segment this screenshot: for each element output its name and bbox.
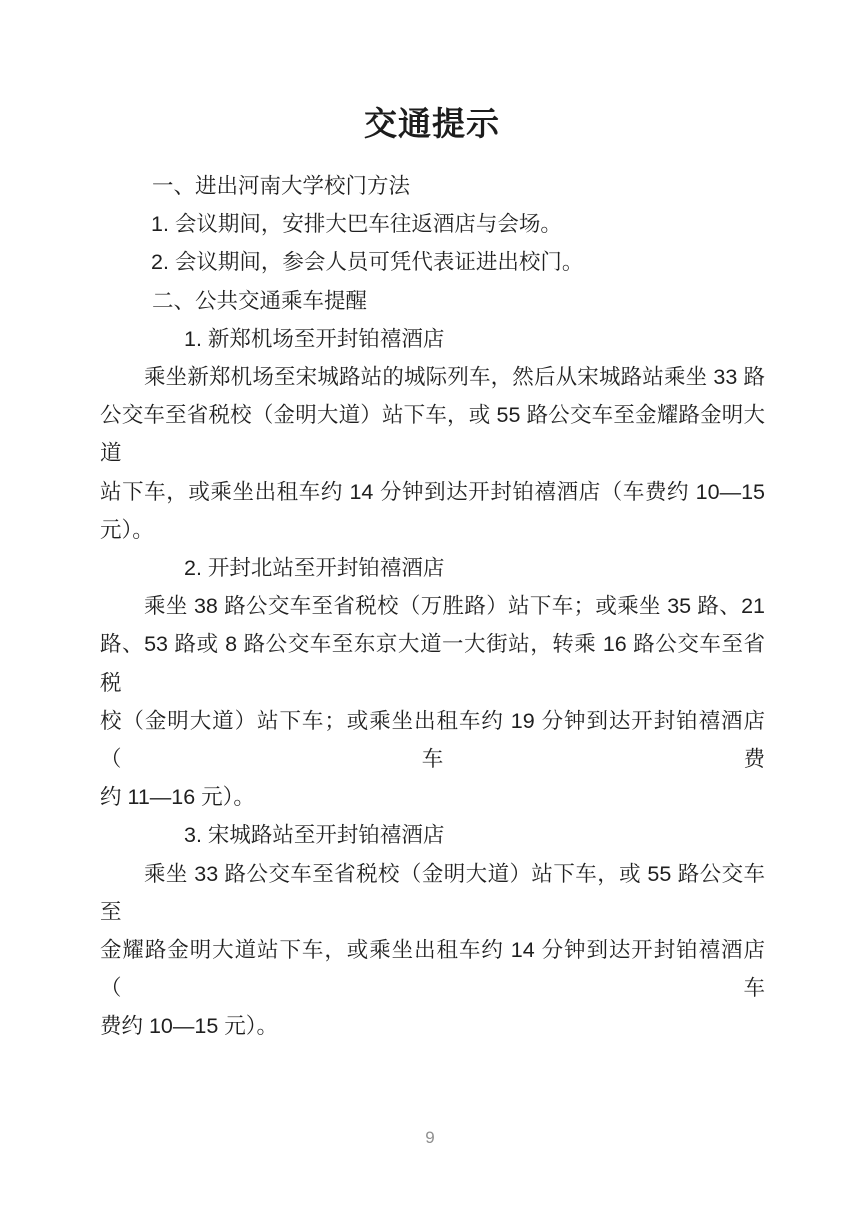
text-line: 乘坐新郑机场至宋城路站的城际列车，然后从宋城路站乘坐 33 路 bbox=[100, 358, 765, 396]
text-line: 校（金明大道）站下车；或乘坐出租车约 19 分钟到达开封铂禧酒店（车费 bbox=[100, 702, 765, 778]
text-line: 2. 会议期间，参会人员可凭代表证进出校门。 bbox=[100, 243, 765, 281]
text-line: 1. 新郑机场至开封铂禧酒店 bbox=[100, 320, 765, 358]
text-line: 费约 10—15 元）。 bbox=[100, 1007, 765, 1045]
text-line: 二、公共交通乘车提醒 bbox=[100, 282, 765, 320]
text-line: 站下车，或乘坐出租车约 14 分钟到达开封铂禧酒店（车费约 10—15 bbox=[100, 473, 765, 511]
text-line: 元）。 bbox=[100, 511, 765, 549]
text-line: 1. 会议期间，安排大巴车往返酒店与会场。 bbox=[100, 205, 765, 243]
text-line: 金耀路金明大道站下车，或乘坐出租车约 14 分钟到达开封铂禧酒店（车 bbox=[100, 931, 765, 1007]
text-line: 一、进出河南大学校门方法 bbox=[100, 167, 765, 205]
text-line: 乘坐 33 路公交车至省税校（金明大道）站下车，或 55 路公交车至 bbox=[100, 855, 765, 931]
text-line: 3. 宋城路站至开封铂禧酒店 bbox=[100, 816, 765, 854]
page-title: 交通提示 bbox=[0, 102, 864, 146]
text-line: 公交车至省税校（金明大道）站下车，或 55 路公交车至金耀路金明大道 bbox=[100, 396, 765, 472]
text-line: 路、53 路或 8 路公交车至东京大道一大街站，转乘 16 路公交车至省税 bbox=[100, 625, 765, 701]
text-line: 2. 开封北站至开封铂禧酒店 bbox=[100, 549, 765, 587]
text-line: 乘坐 38 路公交车至省税校（万胜路）站下车；或乘坐 35 路、21 bbox=[100, 587, 765, 625]
page-number: 9 bbox=[0, 1126, 860, 1150]
content-lines: 一、进出河南大学校门方法1. 会议期间，安排大巴车往返酒店与会场。2. 会议期间… bbox=[100, 167, 765, 1046]
document-page: 交通提示 一、进出河南大学校门方法1. 会议期间，安排大巴车往返酒店与会场。2.… bbox=[0, 0, 864, 1222]
text-line: 约 11—16 元）。 bbox=[100, 778, 765, 816]
